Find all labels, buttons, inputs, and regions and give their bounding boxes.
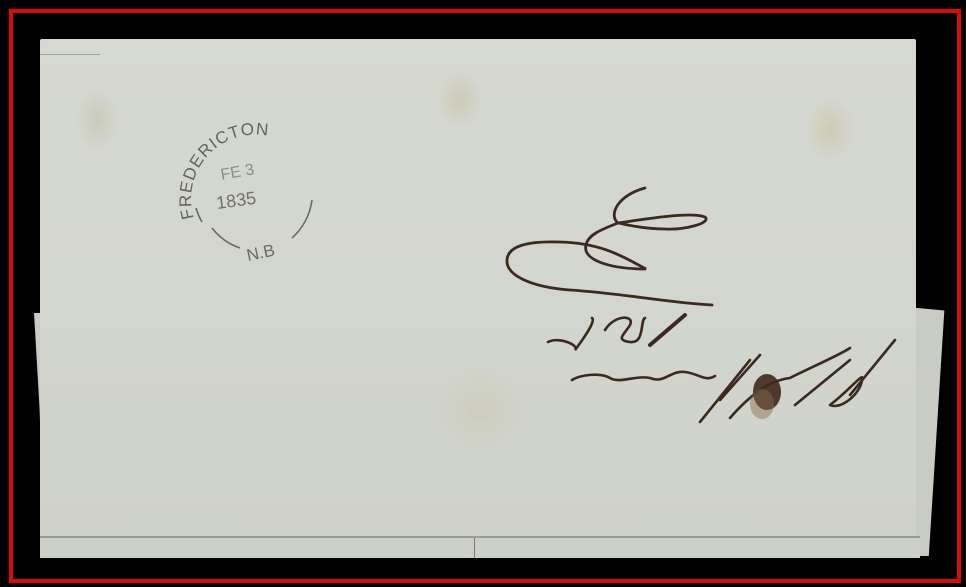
fredericton-postmark: FREDERICTON FE 3 1835 N.B (172, 110, 332, 270)
postmark-year: 1835 (215, 188, 257, 213)
postmark-date: FE 3 (219, 161, 255, 184)
top-fold-crease (40, 39, 100, 55)
manuscript-flourish (500, 175, 730, 315)
handwritten-docketing: J J Nason 1836 (540, 300, 910, 440)
docket-text: J J Nason 1836 (540, 300, 651, 304)
postmark-province: N.B (245, 241, 277, 265)
tear-mark (474, 538, 475, 558)
bottom-fold-edge (40, 536, 920, 558)
